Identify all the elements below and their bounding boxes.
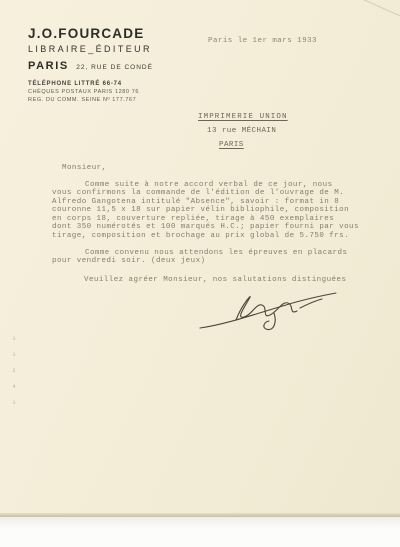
salutation: Monsieur, — [62, 164, 107, 172]
recipient-block: IMPRIMERIE UNION 13 rue MÉCHAIN PARIS — [198, 113, 288, 149]
pencil-margin-note: 1 1 2 4 1 — [11, 336, 17, 408]
letterhead: J.O.FOURCADE LIBRAIRE_ÉDITEUR PARIS 22, … — [28, 26, 153, 103]
closing-line: Veuillez agréer Monsieur, nos salutation… — [84, 276, 346, 284]
body-paragraph-1: Comme suite à notre accord verbal de ce … — [52, 181, 359, 240]
date-line: Paris le 1er mars 1933 — [208, 37, 317, 45]
body-line: pour vendredi soir. (deux jeux) — [52, 257, 347, 265]
publisher-name: J.O.FOURCADE — [28, 26, 153, 41]
body-line: tirage, composition et brochage au prix … — [52, 232, 359, 240]
scan-background-strip — [0, 517, 400, 547]
publisher-profession: LIBRAIRE_ÉDITEUR — [28, 44, 153, 54]
letterhead-phone: TÉLÉPHONE LITTRÉ 66-74 — [28, 81, 153, 87]
recipient-name: IMPRIMERIE UNION — [198, 113, 288, 121]
body-line: vous confirmons la commande de l'édition… — [52, 189, 359, 197]
body-line: Alfredo Gangotena intitulé "Absence", sa… — [52, 198, 359, 206]
publisher-street: 22, RUE DE CONDÉ — [76, 64, 153, 71]
body-line: dont 350 numérotés et 100 marqués H.C.; … — [52, 223, 359, 231]
publisher-city: PARIS — [28, 60, 69, 72]
body-line: Comme suite à notre accord verbal de ce … — [52, 181, 359, 189]
letterhead-registry: REG. DU COMM. SEINE Nº 177.767 — [28, 97, 153, 103]
publisher-address: PARIS 22, RUE DE CONDÉ — [28, 56, 153, 74]
body-line: en corps 18, couverture repliée, tirage … — [52, 215, 359, 223]
signature — [196, 286, 341, 334]
recipient-city: PARIS — [219, 141, 288, 149]
body-line: couronne 11,5 x 18 sur papier vélin bibl… — [52, 206, 359, 214]
body-paragraph-2: Comme convenu nous attendons les épreuve… — [52, 249, 347, 266]
body-line: Comme convenu nous attendons les épreuve… — [52, 249, 347, 257]
letterhead-postal-account: CHÈQUES POSTAUX PARIS 1280 76 — [28, 89, 153, 95]
paper-crease — [347, 0, 400, 21]
recipient-street: 13 rue MÉCHAIN — [207, 127, 288, 135]
letter-paper: J.O.FOURCADE LIBRAIRE_ÉDITEUR PARIS 22, … — [0, 0, 400, 517]
